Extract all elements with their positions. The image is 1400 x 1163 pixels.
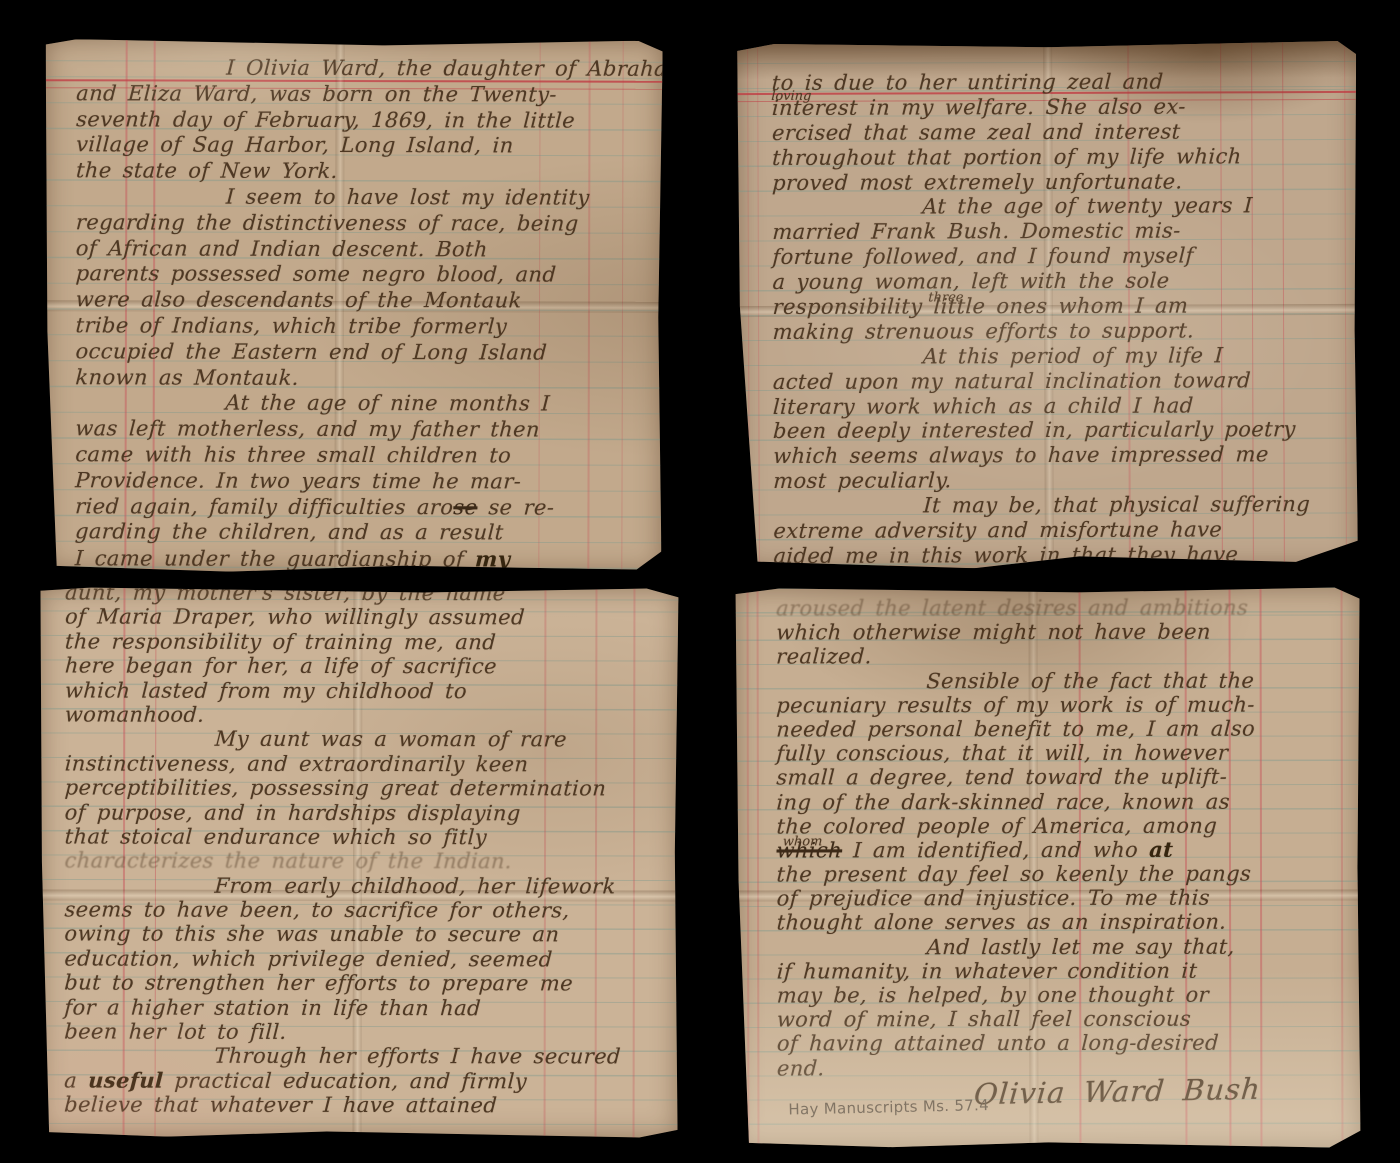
manuscript-line: if humanity, in whatever condition it <box>776 958 1351 983</box>
manuscript-line: of prejudice and injustice. To me this <box>776 886 1351 911</box>
manuscript-line: been deeply interested in, particularly … <box>772 417 1348 444</box>
manuscript-line: parents possessed some negro blood, and <box>75 262 651 289</box>
manuscript-line: aroused the latent desires and ambitions <box>776 595 1351 620</box>
manuscript-line: Providence. In two years time he mar- <box>75 468 651 495</box>
manuscript-line: I seem to have lost my identity <box>75 184 651 211</box>
manuscript-line: womanhood. <box>64 702 669 727</box>
manuscript-line: that stoical endurance which so fitly <box>64 824 669 849</box>
manuscript-line: literary work which as a child I had <box>772 393 1348 420</box>
manuscript-line: and Eliza Ward, was born on the Twenty- <box>76 81 652 108</box>
manuscript-line: which I am identified, and who atwhom <box>776 837 1351 862</box>
manuscript-line: been her lot to fill. <box>64 1020 669 1045</box>
manuscript-line: aunt, my mother's sister, by the name <box>64 587 669 605</box>
manuscript-line: came with his three small children to <box>75 442 651 469</box>
manuscript-line: acted upon my natural inclination toward <box>772 368 1348 395</box>
manuscript-line: may be, is helped, by one thought or <box>776 982 1351 1007</box>
manuscript-line: of having attained unto a long-desired <box>776 1031 1351 1056</box>
manuscript-line: My aunt was a woman of rare <box>64 727 669 752</box>
manuscript-line: village of Sag Harbor, Long Island, in <box>75 133 651 160</box>
manuscript-line: characterizes the nature of the Indian. <box>64 849 669 874</box>
manuscript-line: fully conscious, that it will, in howeve… <box>776 741 1351 766</box>
manuscript-line: ing of the dark-skinned race, known as <box>776 789 1351 814</box>
manuscript-line: At this period of my life I <box>772 343 1348 370</box>
manuscript-line: fortune followed, and I found myself <box>772 243 1348 270</box>
manuscript-line: was left motherless, and my father then <box>75 416 651 443</box>
handwriting-block: aunt, my mother's sister, by the nameof … <box>40 587 679 1137</box>
manuscript-line: aided me in this work in that they have <box>773 542 1349 569</box>
manuscript-line: small a degree, tend toward the uplift- <box>776 765 1351 790</box>
signature: Olivia Ward Bush <box>973 1070 1337 1111</box>
manuscript-line: seems to have been, to sacrifice for oth… <box>64 898 669 923</box>
handwriting-block: I Olivia Ward, the daughter of Abrahaman… <box>44 39 662 573</box>
manuscript-photo: I Olivia Ward, the daughter of Abrahaman… <box>0 0 1400 1163</box>
manuscript-line: of Maria Draper, who willingly assumed <box>64 605 669 630</box>
manuscript-line: Sensible of the fact that the <box>776 668 1351 693</box>
manuscript-line: here began for her, a life of sacrifice <box>64 654 669 679</box>
manuscript-line: extreme adversity and misfortune have <box>773 517 1349 544</box>
manuscript-line: the state of New York. <box>75 158 651 185</box>
manuscript-line: married Frank Bush. Domestic mis- <box>772 218 1348 245</box>
manuscript-line: seventh day of February, 1869, in the li… <box>75 107 651 134</box>
manuscript-line: the responsibility of training me, and <box>64 629 669 654</box>
manuscript-line: thought alone serves as an inspiration. <box>776 910 1351 935</box>
inserted-word: whom <box>782 836 822 848</box>
manuscript-line: pecuniary results of my work is of much- <box>776 692 1351 717</box>
handwriting-block: to is due to her untiring zeal andloving… <box>737 41 1358 569</box>
manuscript-line: a young woman, left with the sole <box>772 268 1348 295</box>
manuscript-line: ried again, family difficulties arose se… <box>74 494 650 521</box>
manuscript-line: At the age of twenty years I <box>772 193 1348 220</box>
manuscript-line: for a higher station in life than had <box>64 995 669 1020</box>
manuscript-line: known as Montauk. <box>75 365 651 392</box>
manuscript-line: a useful practical education, and firmly <box>64 1068 669 1093</box>
manuscript-line: needed personal benefit to me, I am also <box>776 716 1351 741</box>
manuscript-line: the present day feel so keenly the pangs <box>776 862 1351 887</box>
manuscript-line: education, which privilege denied, seeme… <box>64 946 669 971</box>
manuscript-line: of purpose, and in hardships displaying <box>64 800 669 825</box>
manuscript-line: which otherwise might not have been <box>776 620 1351 645</box>
manuscript-line: perceptibilities, possessing great deter… <box>64 776 669 801</box>
manuscript-line: At the age of nine months I <box>75 391 651 418</box>
manuscript-line: but to strengthen her efforts to prepare… <box>64 971 669 996</box>
manuscript-line: were also descendants of the Montauk <box>75 287 651 314</box>
manuscript-line: instinctiveness, and extraordinarily kee… <box>64 751 669 776</box>
manuscript-line: of African and Indian descent. Both <box>75 236 651 263</box>
manuscript-line: throughout that portion of my life which <box>772 144 1348 171</box>
manuscript-line: which lasted from my childhood to <box>64 678 669 703</box>
manuscript-line: which seems always to have impressed me <box>773 442 1349 469</box>
manuscript-line: Through her efforts I have secured <box>64 1044 669 1069</box>
manuscript-line: to is due to her untiring zeal andloving <box>771 69 1347 96</box>
handwriting-block: aroused the latent desires and ambitions… <box>736 587 1361 1148</box>
manuscript-line: the colored people of America, among <box>776 813 1351 838</box>
manuscript-page-3: aunt, my mother's sister, by the nameof … <box>40 587 679 1137</box>
manuscript-line: making strenuous efforts to support. <box>772 318 1348 345</box>
manuscript-line: I came under the guardianship of my <box>74 545 650 572</box>
manuscript-line: From early childhood, her lifework <box>64 873 669 898</box>
manuscript-page-2: to is due to her untiring zeal andloving… <box>737 41 1358 569</box>
manuscript-line: regarding the distinctiveness of race, b… <box>75 210 651 237</box>
manuscript-line: most peculiarly. <box>773 467 1349 494</box>
manuscript-line: garding the children, and as a result <box>74 520 650 547</box>
manuscript-page-4: aroused the latent desires and ambitions… <box>736 587 1361 1148</box>
manuscript-line: And lastly let me say that, <box>776 934 1351 959</box>
inserted-word: three <box>928 292 964 304</box>
manuscript-line: realized. <box>776 644 1351 669</box>
manuscript-line: ercised that same zeal and interest <box>771 119 1347 146</box>
manuscript-page-1: I Olivia Ward, the daughter of Abrahaman… <box>44 39 662 573</box>
manuscript-line: tribe of Indians, which tribe formerly <box>75 313 651 340</box>
manuscript-line: It may be, that physical suffering <box>773 492 1349 519</box>
manuscript-line: I Olivia Ward, the daughter of Abraham <box>76 55 652 82</box>
manuscript-line: believe that whatever I have attained <box>64 1093 669 1118</box>
manuscript-line: owing to this she was unable to secure a… <box>64 922 669 947</box>
manuscript-line: responsibility little ones whom I amthre… <box>772 293 1348 320</box>
manuscript-line: proved most extremely unfortunate. <box>772 169 1348 196</box>
manuscript-line: word of mine, I shall feel conscious <box>776 1007 1351 1032</box>
manuscript-line: interest in my welfare. She also ex- <box>771 94 1347 121</box>
manuscript-line: occupied the Eastern end of Long Island <box>75 339 651 366</box>
